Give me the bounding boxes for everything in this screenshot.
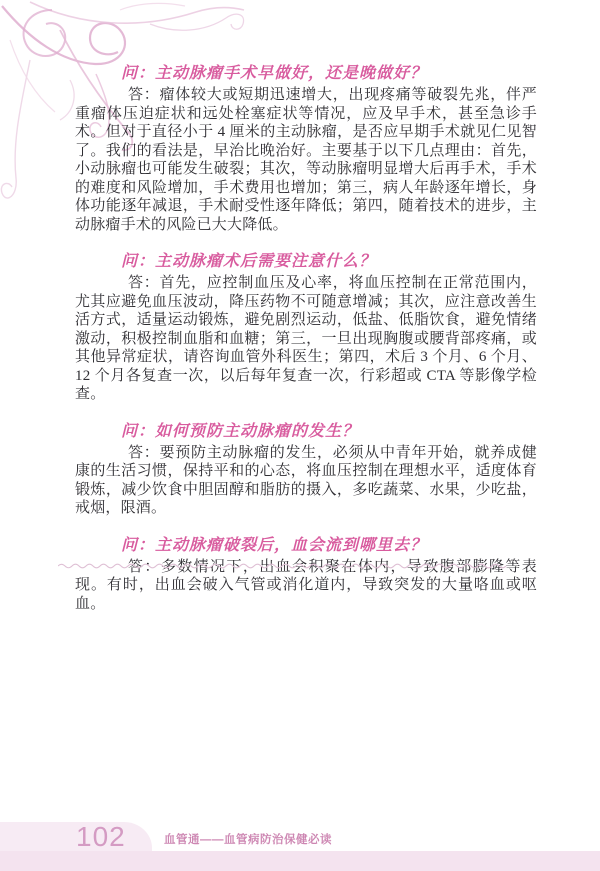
answer-paragraph: 答：要预防主动脉瘤的发生，必须从中青年开始，就养成健康的生活习惯，保持平和的心态… [75,444,537,518]
qa-section-3: 问：如何预防主动脉瘤的发生？ 答：要预防主动脉瘤的发生，必须从中青年开始，就养成… [75,421,537,518]
qa-section-1: 问：主动脉瘤手术早做好，还是晚做好？ 答：瘤体较大或短期迅速增大，出现疼痛等破裂… [75,63,537,234]
answer-paragraph: 答：首先，应控制血压及心率，将血压控制在正常范围内，尤其应避免血压波动，降压药物… [75,274,537,404]
qa-section-2: 问：主动脉瘤术后需要注意什么？ 答：首先，应控制血压及心率，将血压控制在正常范围… [75,251,537,404]
question-heading: 问：主动脉瘤破裂后，血会流到哪里去？ [121,535,537,556]
book-title: 血管通——血管病防治保健必读 [164,833,332,847]
wavy-divider [58,562,510,570]
qa-section-4: 问：主动脉瘤破裂后，血会流到哪里去？ 答：多数情况下，出血会积聚在体内，导致腹部… [75,535,537,614]
page-number: 102 [76,823,126,851]
wavy-divider-path [58,564,506,568]
question-heading: 问：如何预防主动脉瘤的发生？ [121,421,537,442]
question-heading: 问：主动脉瘤手术早做好，还是晚做好？ [121,63,537,84]
answer-paragraph: 答：瘤体较大或短期迅速增大，出现疼痛等破裂先兆，伴严重瘤体压迫症状和远处栓塞症状… [75,86,537,234]
question-heading: 问：主动脉瘤术后需要注意什么？ [121,251,537,272]
footer-band [0,851,600,871]
page-content: 问：主动脉瘤手术早做好，还是晚做好？ 答：瘤体较大或短期迅速增大，出现疼痛等破裂… [75,63,537,630]
